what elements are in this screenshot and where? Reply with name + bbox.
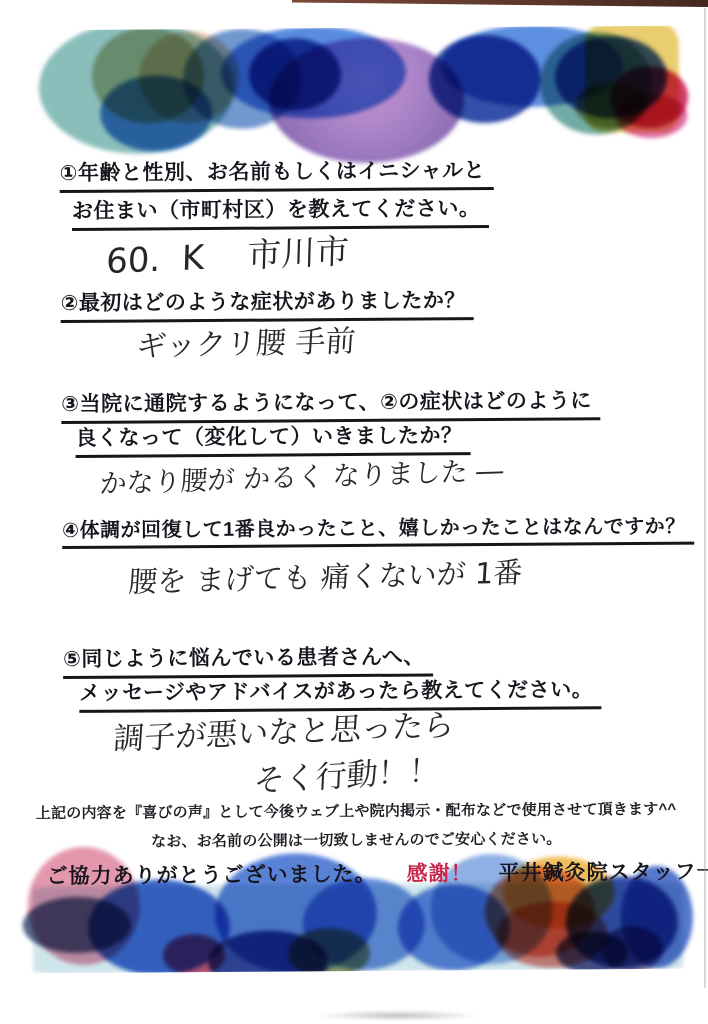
photo-edge-line xyxy=(704,8,706,988)
answer-2-handwriting: ギックリ腰 手前 xyxy=(135,316,357,365)
answer-1-handwriting: 60. K 市川市 xyxy=(106,224,350,283)
question-5-line-1: ⑤同じように悩んでいる患者さんへ、 xyxy=(63,640,433,679)
clinic-signature: 平井鍼灸院スタッフ一同 xyxy=(498,860,708,885)
thanks-row: ご協力ありがとうございました。感謝！平井鍼灸院スタッフ一同 xyxy=(46,855,708,890)
answer-4-handwriting: 腰を まげても 痛くないが 1番 xyxy=(127,550,524,601)
watercolor-blob xyxy=(615,94,687,139)
usage-note-line-2: なお、お名前の公開は一切致しませんのでご安心ください。 xyxy=(2,827,708,853)
answer-5-handwriting-line-2: そく行動！！ xyxy=(253,744,441,800)
watercolor-blob xyxy=(601,926,663,972)
watercolor-blob xyxy=(163,934,225,976)
question-1-text: ①年齢と性別、お名前もしくはイニシャルと xyxy=(60,154,494,193)
gratitude-text: 感謝！ xyxy=(406,862,472,885)
question-3-line-1: ③当院に通院するようになって、②の症状はどのように xyxy=(61,384,600,424)
usage-note-line-1: 上記の内容を『喜びの声』として今後ウェブ上や院内掲示・配布などで使用させて頂きま… xyxy=(2,798,708,824)
photo-shadow xyxy=(315,1010,480,1021)
thanks-text: ご協力ありがとうございました。 xyxy=(46,863,376,888)
question-4-line-1: ④体調が回復して1番良かったこと、嬉しかったことはなんですか？ xyxy=(62,510,694,549)
question-2-line-1: ②最初はどのような症状がありましたか？ xyxy=(60,284,474,323)
question-1-line-1: ①年齢と性別、お名前もしくはイニシャルと xyxy=(60,154,494,193)
questionnaire-page: ①年齢と性別、お名前もしくはイニシャルと お住まい（市町村区）を教えてください。… xyxy=(0,0,708,1024)
question-1-line-2: お住まい（市町村区）を教えてください。 xyxy=(72,192,489,231)
